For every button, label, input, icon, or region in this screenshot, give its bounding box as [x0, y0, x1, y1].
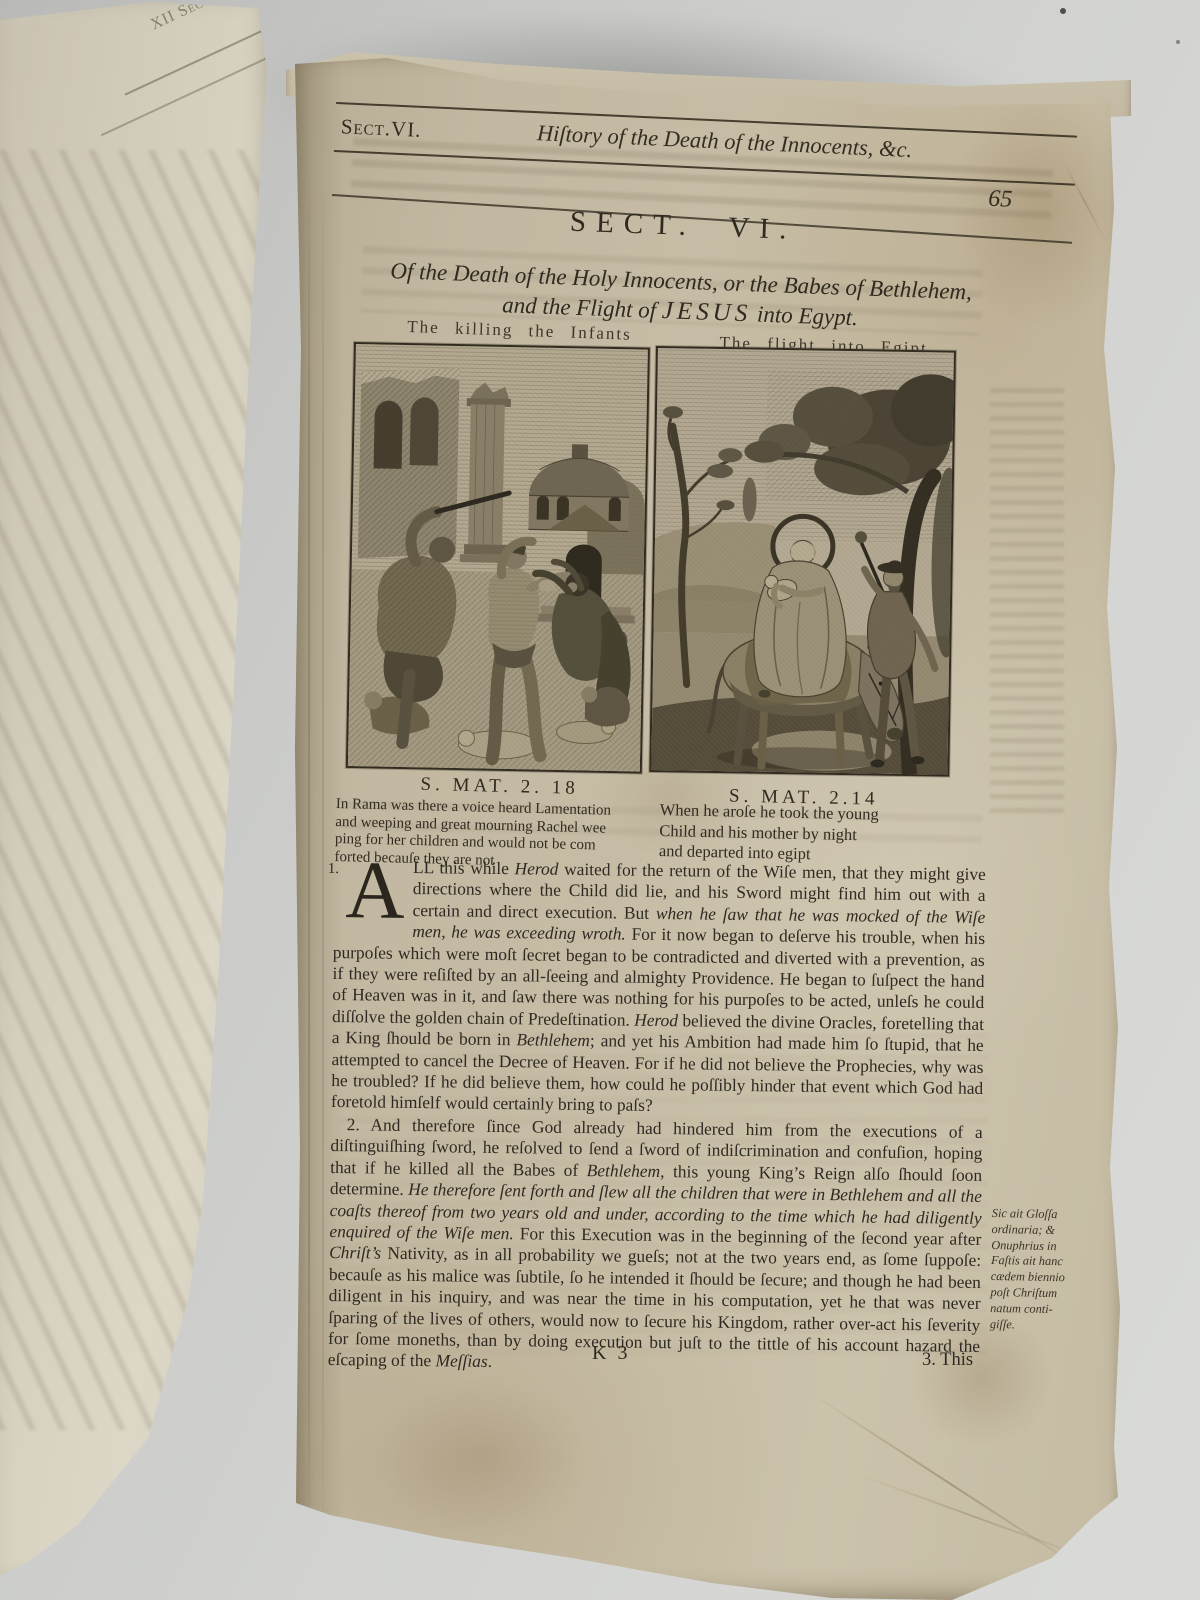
- paragraph-1-text: LL this while Herod waited for the retur…: [331, 857, 986, 1115]
- verso-header-rule: [125, 30, 262, 95]
- plate-right-caption: When he aroſe he took the youngChild and…: [659, 800, 956, 868]
- drop-cap: A: [345, 859, 405, 924]
- plate-left-frame: [346, 342, 650, 774]
- margin-note: Sic ait Gloſſaordinaria; &Onuphrius inFa…: [990, 1206, 1076, 1334]
- catchword: 3. This: [922, 1350, 973, 1371]
- paragraph-2-text: 2. And therefore ſince God already had h…: [328, 1114, 983, 1371]
- verso-header-fragment: XII Sect. V: [148, 0, 234, 34]
- showthrough-margin: [990, 388, 1064, 818]
- subtitle-jesus: JESUS: [661, 297, 751, 327]
- plate-right-frame: [649, 346, 956, 777]
- running-head-section: Sect.VI.: [340, 114, 422, 143]
- gutter-crease: [308, 168, 310, 1548]
- speck: [1176, 40, 1180, 44]
- flight-engraving: [651, 348, 954, 775]
- paragraph-number-1: 1.: [328, 859, 340, 881]
- photo-of-open-antique-book: { "running_head": { "section": "Sect.VI.…: [0, 0, 1200, 1600]
- speck: [1060, 8, 1066, 14]
- signature-mark: K 3: [592, 1342, 630, 1365]
- subtitle-pre: and the Flight of: [502, 292, 663, 323]
- lifted-verso-page: XII Sect. V: [0, 0, 280, 1600]
- verso-showthrough-lines: [0, 150, 290, 1430]
- page-number: 65: [988, 186, 1013, 214]
- gutter-crease-2: [322, 168, 324, 1548]
- body-text: 1. A LL this while Herod waited for the …: [328, 856, 986, 1379]
- body-paragraph-2: 2. And therefore ſince God already had h…: [328, 1114, 983, 1379]
- corner-crease-2: [857, 1473, 1093, 1560]
- body-paragraph-1: 1. A LL this while Herod waited for the …: [331, 856, 986, 1121]
- massacre-engraving: [348, 344, 648, 772]
- subtitle-post: into Egypt.: [751, 301, 859, 330]
- stain: [372, 1378, 592, 1538]
- section-heading-block: SECT. VI. Of the Death of the Holy Innoc…: [358, 198, 1006, 339]
- book-page-65: Sect.VI. Hiſtory of the Death of the Inn…: [292, 48, 1125, 1600]
- running-head-title: Hiſtory of the Death of the Innocents, &…: [484, 118, 965, 166]
